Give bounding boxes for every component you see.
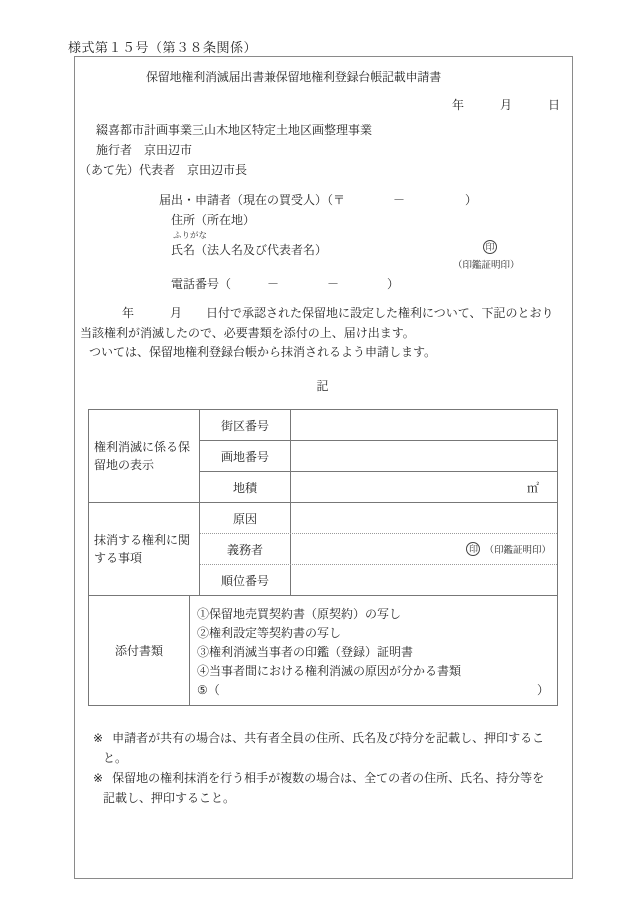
seal-stamp-icon: 印 bbox=[466, 542, 480, 556]
row-label-lot-number: 画地番号 bbox=[200, 441, 291, 471]
group-label-right-erasure: 抹消する権利に関する事項 bbox=[89, 503, 200, 595]
date-line: 年 月 日 bbox=[452, 96, 560, 113]
footnote-2-text: 保留地の権利抹消を行う相手が複数の場合は、全ての者の住所、氏名、持分等を記載し、… bbox=[103, 771, 544, 805]
attachment-item-1: ①保留地売買契約書（原契約）の写し bbox=[197, 605, 551, 624]
obligor-seal-area: 印 （印鑑証明印） bbox=[466, 542, 557, 556]
reference-mark-icon: ※ bbox=[93, 771, 103, 785]
form-title: 保留地権利消滅届出書兼保留地権利登録台帳記載申請書 bbox=[146, 68, 441, 85]
body-line-3: ついては、保留地権利登録台帳から抹消されるよう申請します。 bbox=[80, 343, 567, 363]
attachment-item-3: ③権利消滅当事者の印鑑（登録）証明書 bbox=[197, 643, 551, 662]
area-value-cell: ㎡ bbox=[291, 472, 557, 502]
footnotes: ※申請者が共有の場合は、共有者全員の住所、氏名及び持分を記載し、押印すること。 … bbox=[93, 728, 545, 808]
footnote-1: ※申請者が共有の場合は、共有者全員の住所、氏名及び持分を記載し、押印すること。 bbox=[93, 728, 545, 768]
rank-number-value-cell bbox=[291, 565, 557, 595]
lot-number-value-cell bbox=[291, 441, 557, 471]
table-row: 街区番号 bbox=[200, 410, 557, 440]
seal-certificate-note: （印鑑証明印） bbox=[484, 542, 551, 556]
furigana-label: ふりがな bbox=[173, 229, 207, 241]
attachment-item-4: ④当事者間における権利消滅の原因が分かる書類 bbox=[197, 662, 551, 681]
body-paragraph: 年 月 日付で承認された保留地に設定した権利について、下記のとおり 当該権利が消… bbox=[80, 304, 567, 363]
executor-line: 施行者 京田辺市 bbox=[96, 141, 192, 158]
table-row: 画地番号 bbox=[200, 440, 557, 471]
row-label-rank-number: 順位番号 bbox=[200, 565, 291, 595]
attachments-list: ①保留地売買契約書（原契約）の写し ②権利設定等契約書の写し ③権利消滅当事者の… bbox=[190, 596, 557, 705]
reference-mark-icon: ※ bbox=[93, 731, 103, 745]
form-number-label: 様式第１５号（第３８条関係） bbox=[68, 37, 257, 56]
row-label-area: 地積 bbox=[200, 472, 291, 502]
form-table: 権利消滅に係る保留地の表示 街区番号 画地番号 地積 ㎡ bbox=[88, 409, 558, 706]
applicant-heading: 届出・申請者（現在の買受人）（〒 － ） bbox=[159, 191, 477, 208]
form-sheet: 保留地権利消滅届出書兼保留地権利登録台帳記載申請書 年 月 日 綴喜都市計画事業… bbox=[74, 56, 573, 879]
attachment-item-5-close: ） bbox=[537, 681, 549, 700]
attachment-item-2: ②権利設定等契約書の写し bbox=[197, 624, 551, 643]
group-label-reserved-land: 権利消滅に係る保留地の表示 bbox=[89, 410, 200, 502]
attachment-item-5: ⑤（ ） bbox=[197, 681, 551, 700]
table-row: 地積 ㎡ bbox=[200, 471, 557, 502]
row-label-obligor: 義務者 bbox=[200, 534, 291, 564]
group-label-attachments: 添付書類 bbox=[89, 596, 190, 705]
phone-label: 電話番号（ － － ） bbox=[171, 275, 399, 292]
body-line-2: 当該権利が消滅したので、必要書類を添付の上、届け出ます。 bbox=[80, 324, 567, 344]
obligor-value-cell: 印 （印鑑証明印） bbox=[291, 534, 557, 564]
table-group-reserved-land: 権利消滅に係る保留地の表示 街区番号 画地番号 地積 ㎡ bbox=[89, 410, 557, 502]
row-label-cause: 原因 bbox=[200, 503, 291, 533]
table-row: 義務者 印 （印鑑証明印） bbox=[200, 533, 557, 564]
recipient-line: （あて先）代表者 京田辺市長 bbox=[79, 161, 247, 178]
area-unit-label: ㎡ bbox=[527, 479, 557, 496]
footnote-1-text: 申請者が共有の場合は、共有者全員の住所、氏名及び持分を記載し、押印すること。 bbox=[103, 731, 544, 765]
seal-certificate-note: （印鑑証明印） bbox=[453, 257, 520, 271]
form-page: 様式第１５号（第３８条関係） 保留地権利消滅届出書兼保留地権利登録台帳記載申請書… bbox=[0, 0, 630, 915]
cause-value-cell bbox=[291, 503, 557, 533]
footnote-2: ※保留地の権利抹消を行う相手が複数の場合は、全ての者の住所、氏名、持分等を記載し… bbox=[93, 768, 545, 808]
record-heading: 記 bbox=[75, 377, 572, 394]
body-line-1: 年 月 日付で承認された保留地に設定した権利について、下記のとおり bbox=[80, 304, 567, 324]
table-group-right-erasure: 抹消する権利に関する事項 原因 義務者 印 （印鑑証明印） bbox=[89, 502, 557, 595]
name-label: 氏名（法人名及び代表者名） bbox=[171, 241, 327, 258]
project-name: 綴喜都市計画事業三山木地区特定土地区画整理事業 bbox=[96, 121, 372, 138]
row-label-block-number: 街区番号 bbox=[200, 410, 291, 440]
table-row: 順位番号 bbox=[200, 564, 557, 595]
attachment-item-5-open: ⑤（ bbox=[197, 681, 220, 700]
table-group-attachments: 添付書類 ①保留地売買契約書（原契約）の写し ②権利設定等契約書の写し ③権利消… bbox=[89, 595, 557, 705]
block-number-value-cell bbox=[291, 410, 557, 440]
address-label: 住所（所在地） bbox=[171, 211, 255, 228]
table-row: 原因 bbox=[200, 503, 557, 533]
seal-stamp-icon: 印 bbox=[483, 240, 497, 254]
